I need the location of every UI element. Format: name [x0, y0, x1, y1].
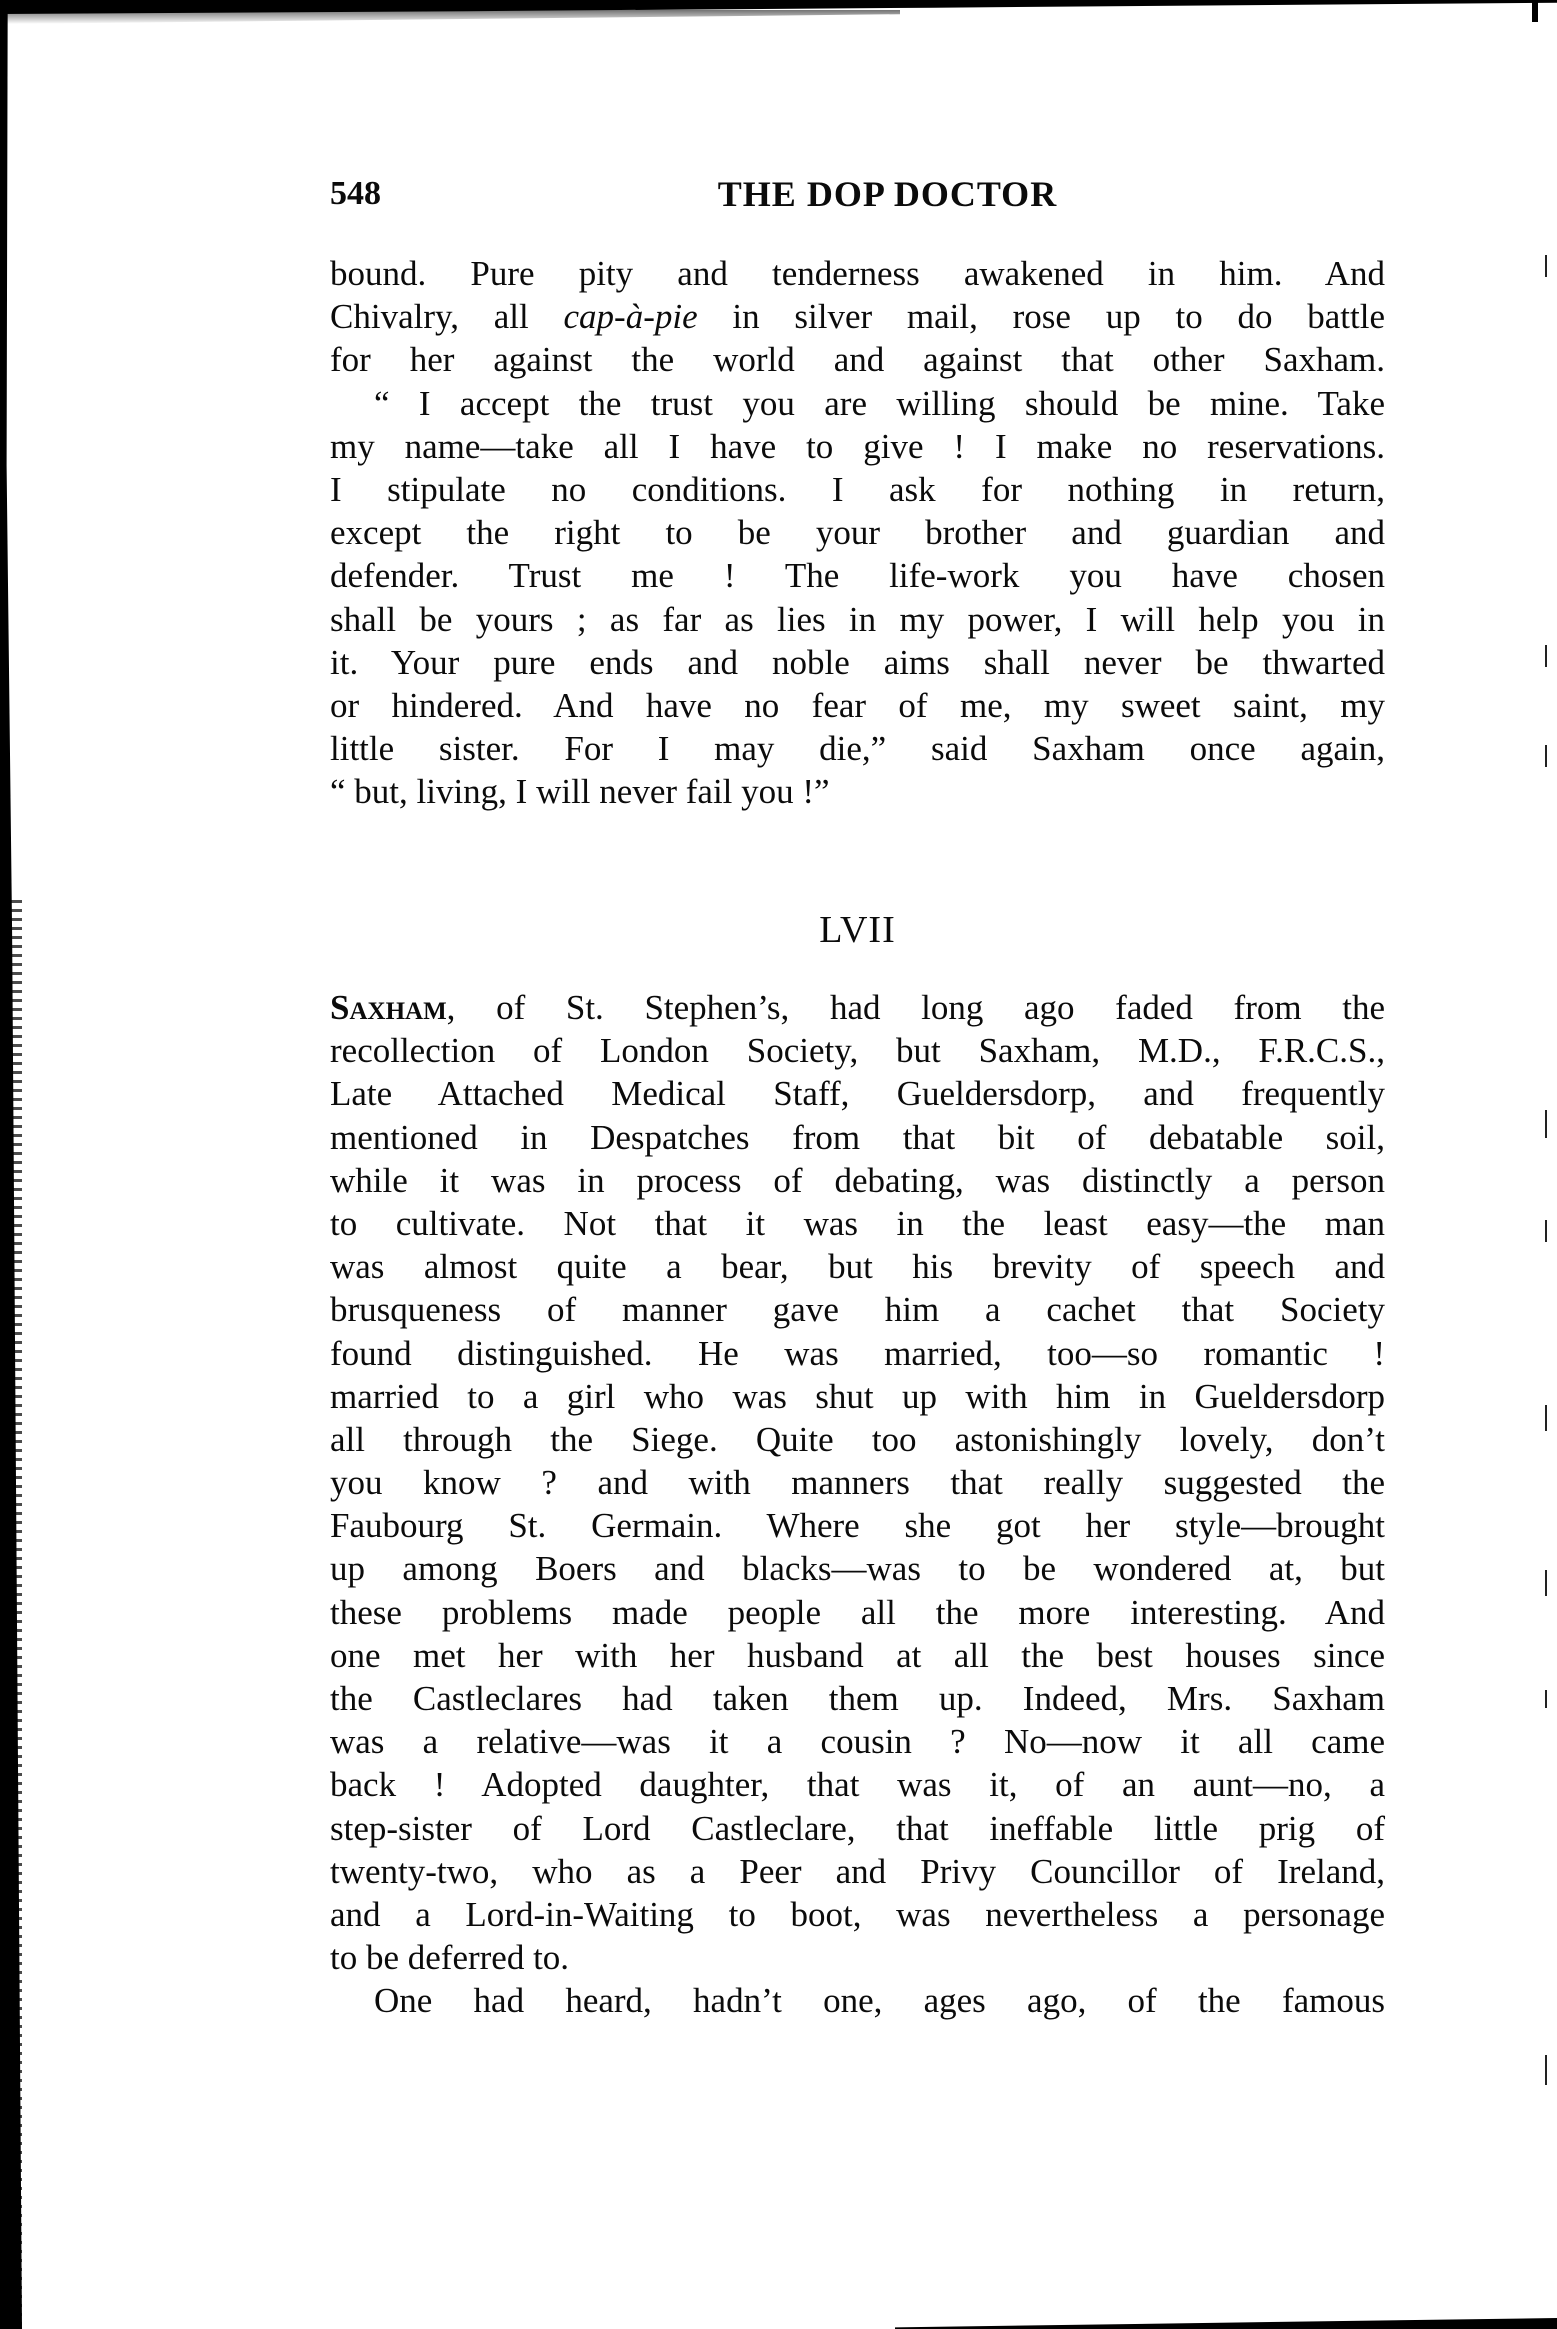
- text-line: was a relative—was it a cousin ? No—now …: [330, 1720, 1385, 1763]
- text-line: mentioned in Despatches from that bit of…: [330, 1116, 1385, 1159]
- text-line: the Castleclares had taken them up. Inde…: [330, 1677, 1385, 1720]
- scan-border-bottom: [895, 2318, 1557, 2329]
- text-line: you know ? and with manners that really …: [330, 1461, 1385, 1504]
- text-line: step-sister of Lord Castleclare, that in…: [330, 1807, 1385, 1850]
- text-line: while it was in process of debating, was…: [330, 1159, 1385, 1202]
- text-line: found distinguished. He was married, too…: [330, 1332, 1385, 1375]
- text-line: it. Your pure ends and noble aims shall …: [330, 641, 1385, 684]
- text-line: to cultivate. Not that it was in the lea…: [330, 1202, 1385, 1245]
- scan-shadow-top: [0, 10, 900, 24]
- text-line: all through the Siege. Quite too astonis…: [330, 1418, 1385, 1461]
- edge-mark: [1545, 1690, 1547, 1708]
- text-line: back ! Adopted daughter, that was it, of…: [330, 1763, 1385, 1806]
- chapter-end-text: bound. Pure pity and tenderness awakened…: [330, 252, 1385, 813]
- text-line: my name—take all I have to give ! I make…: [330, 425, 1385, 468]
- text-line: twenty-two, who as a Peer and Privy Coun…: [330, 1850, 1385, 1893]
- text-line: Chivalry, all cap-à-pie in silver mail, …: [330, 295, 1385, 338]
- text-line: to be deferred to.: [330, 1936, 1385, 1979]
- edge-mark: [1545, 745, 1547, 767]
- text-line: or hindered. And have no fear of me, my …: [330, 684, 1385, 727]
- text-line: I stipulate no conditions. I ask for not…: [330, 468, 1385, 511]
- text-line: these problems made people all the more …: [330, 1591, 1385, 1634]
- text-line: “ I accept the trust you are willing sho…: [330, 382, 1385, 425]
- text-line: was almost quite a bear, but his brevity…: [330, 1245, 1385, 1288]
- text-line: one met her with her husband at all the …: [330, 1634, 1385, 1677]
- text-line: for her against the world and against th…: [330, 338, 1385, 381]
- scan-gutter-speckle: [8, 900, 22, 2329]
- text-line: Late Attached Medical Staff, Gueldersdor…: [330, 1072, 1385, 1115]
- edge-mark: [1545, 1405, 1547, 1431]
- edge-mark: [1545, 255, 1547, 277]
- text-line: bound. Pure pity and tenderness awakened…: [330, 252, 1385, 295]
- running-head: 548 THE DOP DOCTOR: [330, 172, 1385, 216]
- text-line: except the right to be your brother and …: [330, 511, 1385, 554]
- text-line: Saxham, of St. Stephen’s, had long ago f…: [330, 986, 1385, 1029]
- text-line: recollection of London Society, but Saxh…: [330, 1029, 1385, 1072]
- edge-mark: [1545, 1110, 1547, 1138]
- text-fragment: in silver mail, rose up to do battle: [698, 297, 1385, 336]
- scan-mark-right-top: [1532, 0, 1538, 22]
- text-fragment: , of St. Stephen’s, had long ago faded f…: [447, 988, 1385, 1027]
- edge-mark: [1545, 2055, 1547, 2085]
- text-line: little sister. For I may die,” said Saxh…: [330, 727, 1385, 770]
- text-line: and a Lord-in-Waiting to boot, was never…: [330, 1893, 1385, 1936]
- chapter-heading: LVII: [330, 908, 1385, 952]
- text-line: up among Boers and blacks—was to be wond…: [330, 1547, 1385, 1590]
- text-line: brusqueness of manner gave him a cachet …: [330, 1288, 1385, 1331]
- text-line: shall be yours ; as far as lies in my po…: [330, 598, 1385, 641]
- italic-phrase: cap-à-pie: [564, 297, 698, 336]
- text-fragment: Chivalry, all: [330, 297, 564, 336]
- text-line: Faubourg St. Germain. Where she got her …: [330, 1504, 1385, 1547]
- running-title: THE DOP DOCTOR: [330, 172, 1385, 216]
- text-line: “ but, living, I will never fail you !”: [330, 770, 1385, 813]
- edge-mark: [1545, 1220, 1547, 1242]
- text-line: One had heard, hadn’t one, ages ago, of …: [330, 1979, 1385, 2022]
- text-line: married to a girl who was shut up with h…: [330, 1375, 1385, 1418]
- text-line: defender. Trust me ! The life-work you h…: [330, 554, 1385, 597]
- chapter-lead-word: Saxham: [330, 988, 447, 1027]
- edge-mark: [1545, 645, 1547, 667]
- edge-mark: [1545, 1570, 1547, 1596]
- chapter-text: Saxham, of St. Stephen’s, had long ago f…: [330, 986, 1385, 2023]
